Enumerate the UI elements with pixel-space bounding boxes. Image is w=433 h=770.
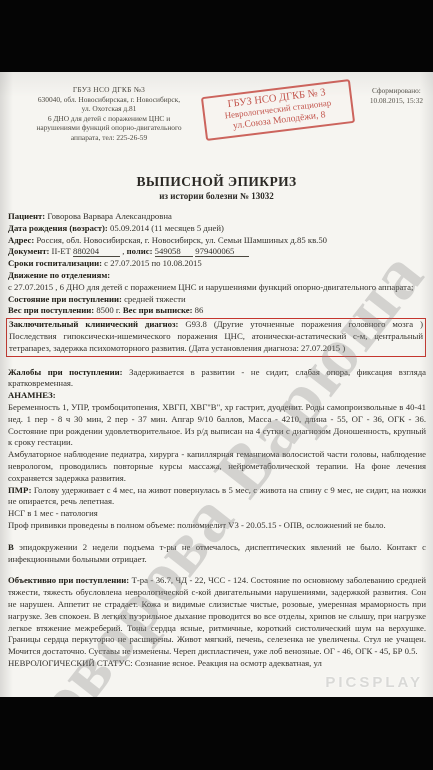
nsg-line: НСГ в 1 мес - патология (8, 508, 426, 520)
text-run: II-ЕТ (52, 246, 73, 256)
text-line: ГБУЗ НСО ДГКБ №3 (0, 85, 218, 95)
scanned-discharge-document: Говорова Варюша ГБУЗ НСО ДГКБ №3630040, … (0, 72, 433, 697)
text-run: Дата рождения (возраст): (8, 223, 110, 233)
text-run: средней тяжести (124, 294, 186, 304)
text-run: Адрес: (8, 235, 36, 245)
text-run: Т-ра - 36.7, ЧД - 22, ЧСС - 124. Состоян… (8, 575, 426, 656)
epid-line: В эпидокружении 2 недели подъема т-ры не… (8, 542, 426, 566)
pmr-line: ПМР: Голову удерживает с 4 мес, на живот… (8, 485, 426, 509)
text-run: Документ: (8, 246, 52, 256)
text-run: 549058 (155, 246, 193, 257)
document-subtitle: из истории болезни № 13032 (0, 191, 433, 201)
document-title: ВЫПИСНОЙ ЭПИКРИЗ (0, 174, 433, 190)
text-run: 979400065 (195, 246, 249, 257)
anamnesis-outpatient: Амбулаторное наблюдение педиатра, хирург… (8, 449, 426, 484)
text-run: 05.09.2014 (11 месяцев 5 дней) (110, 223, 224, 233)
text-run: Говорова Варвара Александровна (47, 211, 172, 221)
birthdate-line: Дата рождения (возраст): 05.09.2014 (11 … (8, 223, 426, 235)
text-run: 8500 г. (96, 305, 122, 315)
text-run: ПМР: (8, 485, 34, 495)
text-run: Амбулаторное наблюдение педиатра, хирург… (8, 449, 426, 483)
vaccinations-line: Проф прививки проведены в полном объеме:… (8, 520, 426, 532)
department-movement-heading: Движение по отделениям: (8, 270, 426, 282)
text-run: с 27.07.2015 , 6 ДНО для детей с поражен… (8, 282, 413, 292)
text-line: аппарата, тел: 225-26-59 (0, 133, 218, 143)
admission-state-line: Состояние при поступлении: средней тяжес… (8, 294, 426, 306)
objective-status: Объективно при поступлении: Т-ра - 36.7,… (8, 575, 426, 658)
final-diagnosis-box: Заключительный клинический диагноз: G93.… (6, 318, 426, 356)
hospital-org-block: ГБУЗ НСО ДГКБ №3630040, обл. Новосибирск… (0, 85, 218, 143)
text-run: 880204 (73, 246, 120, 257)
patient-line: Пациент: Говорова Варвара Александровна (8, 211, 426, 223)
picsplay-watermark: PICSPLAY (325, 674, 423, 691)
anamnesis-heading: АНАМНЕЗ: (8, 390, 426, 402)
department-movement-line: с 27.07.2015 , 6 ДНО для детей с поражен… (8, 282, 426, 294)
document-id-line: Документ: II-ЕТ 880204 , полис: 549058 9… (8, 246, 426, 258)
text-run: Объективно при поступлении: (8, 575, 132, 585)
text-run: Вес при поступлении: (8, 305, 96, 315)
complaints-line: Жалобы при поступлении: Задерживается в … (8, 367, 426, 391)
generated-timestamp: Сформировано: 10.08.2015, 15:32 (370, 86, 423, 105)
text-run: эпидокружении 2 недели подъема т-ры не о… (8, 542, 426, 564)
neurological-status: НЕВРОЛОГИЧЕСКИЙ СТАТУС: Сознание ясное. … (8, 658, 426, 670)
text-run: В (8, 542, 19, 552)
text-run: Беременность 1, УПР, тромбоцитопения, ХВ… (8, 402, 426, 447)
text-run: Состояние при поступлении: (8, 294, 124, 304)
hospital-stamp: ГБУЗ НСО ДГКБ № 3Неврологический стацион… (201, 79, 355, 141)
generated-value: 10.08.2015, 15:32 (370, 96, 423, 106)
weight-line: Вес при поступлении: 8500 г. Вес при вып… (8, 305, 426, 317)
text-run: Сроки госпитализации: (8, 258, 104, 268)
text-run: Движение по отделениям: (8, 270, 110, 280)
text-run: Проф прививки проведены в полном объеме:… (8, 520, 386, 530)
anamnesis-pregnancy: Беременность 1, УПР, тромбоцитопения, ХВ… (8, 402, 426, 449)
phone-screenshot: Говорова Варюша ГБУЗ НСО ДГКБ №3630040, … (0, 0, 433, 770)
text-run: полис: (127, 246, 155, 256)
text-run: 86 (195, 305, 204, 315)
text-line: нарушениями функций опорно-двигательного (0, 123, 218, 133)
text-line: 630040, обл. Новосибирская, г. Новосибир… (0, 95, 218, 105)
text-run: Заключительный клинический диагноз: (9, 319, 185, 329)
address-line: Адрес: Россия, обл. Новосибирская, г. Но… (8, 235, 426, 247)
letterbox-top (0, 0, 433, 72)
text-run: с 27.07.2015 по 10.08.2015 (104, 258, 202, 268)
text-run: НЕВРОЛОГИЧЕСКИЙ СТАТУС: Сознание ясное. … (8, 658, 322, 668)
letterbox-bottom (0, 697, 433, 770)
document-header: ГБУЗ НСО ДГКБ №3630040, обл. Новосибирск… (0, 72, 433, 162)
text-run: Жалобы при поступлении: (8, 367, 129, 377)
hospitalization-dates-line: Сроки госпитализации: с 27.07.2015 по 10… (8, 258, 426, 270)
text-run: Пациент: (8, 211, 47, 221)
text-line: 6 ДНО для детей с поражением ЦНС и (0, 114, 218, 124)
text-line: ул. Охотская д.81 (0, 104, 218, 114)
document-body: Пациент: Говорова Варвара АлександровнаД… (0, 201, 433, 670)
generated-label: Сформировано: (370, 86, 423, 96)
text-run: Россия, обл. Новосибирская, г. Новосибир… (36, 235, 327, 245)
text-run: АНАМНЕЗ: (8, 390, 56, 400)
text-run: Вес при выписке: (123, 305, 195, 315)
text-run: НСГ в 1 мес - патология (8, 508, 98, 518)
text-run: Голову удерживает с 4 мес, на живот пове… (8, 485, 426, 507)
